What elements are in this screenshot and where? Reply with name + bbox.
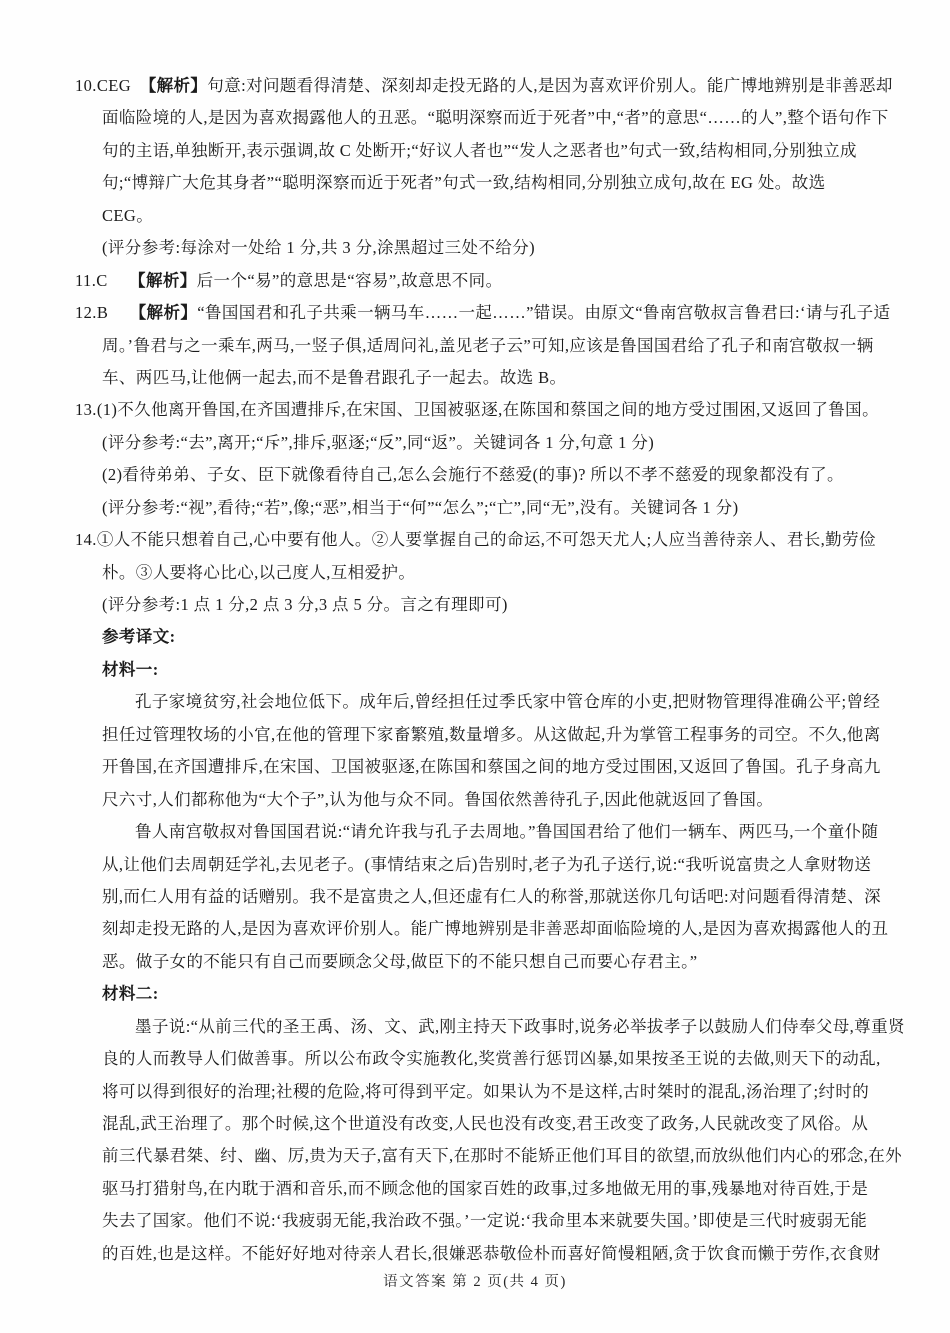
doc-lines: 10.CEG 【解析】句意:对问题看得清楚、深刻却走投无路的人,是因为喜欢评价别… [75,70,883,1270]
page-footer: 语文答案 第 2 页(共 4 页) [0,1270,950,1291]
doc-line: 朴。③人要将心比心,以己度人,互相爱护。 [75,557,883,589]
section-header: 材料二: [75,978,883,1010]
doc-line: 将可以得到很好的治理;社稷的危险,将可得到平定。如果认为不是这样,古时桀时的混乱… [75,1076,883,1108]
doc-line: (评分参考:“视”,看待;“若”,像;“恶”,相当于“何”“怎么”;“亡”,同“… [75,492,883,524]
doc-line: 周。’鲁君与之一乘车,两马,一竖子俱,适周问礼,盖见老子云”可知,应该是鲁国国君… [75,330,883,362]
doc-line: 驱马打猎射鸟,在内耽于酒和音乐,而不顾念他的国家百姓的政事,过多地做无用的事,残… [75,1173,883,1205]
doc-line: 担任过管理牧场的小官,在他的管理下家畜繁殖,数量增多。从这做起,升为掌管工程事务… [75,719,883,751]
section-header: 材料一: [75,654,883,686]
doc-line: 孔子家境贫穷,社会地位低下。成年后,曾经担任过季氏家中管仓库的小吏,把财物管理得… [75,686,883,718]
doc-line: 11.C 【解析】后一个“易”的意思是“容易”,故意思不同。 [75,265,883,297]
doc-line: 别,而仁人用有益的话赠别。我不是富贵之人,但还虚有仁人的称誉,那就送你几句话吧:… [75,881,883,913]
doc-line: 面临险境的人,是因为喜欢揭露他人的丑恶。“聪明深察而近于死者”中,“者”的意思“… [75,102,883,134]
doc-line: 句的主语,单独断开,表示强调,故 C 处断开;“好议人者也”“发人之恶者也”句式… [75,135,883,167]
doc-line: 前三代暴君桀、纣、幽、厉,贵为天子,富有天下,在那时不能矫正他们耳目的欲望,而放… [75,1140,883,1172]
doc-line: 10.CEG 【解析】句意:对问题看得清楚、深刻却走投无路的人,是因为喜欢评价别… [75,70,883,102]
doc-line: 混乱,武王治理了。那个时候,这个世道没有改变,人民也没有改变,君王改变了政务,人… [75,1108,883,1140]
doc-line: (评分参考:1 点 1 分,2 点 3 分,3 点 5 分。言之有理即可) [75,589,883,621]
scanned-answer-page: 10.CEG 【解析】句意:对问题看得清楚、深刻却走投无路的人,是因为喜欢评价别… [0,0,950,1333]
doc-line: 良的人而教导人们做善事。所以公布政令实施教化,奖赏善行惩罚凶暴,如果按圣王说的去… [75,1043,883,1075]
doc-line: 13.(1)不久他离开鲁国,在齐国遭排斥,在宋国、卫国被驱逐,在陈国和蔡国之间的… [75,394,883,426]
doc-line: 尺六寸,人们都称他为“大个子”,认为他与众不同。鲁国依然善待孔子,因此他就返回了… [75,784,883,816]
doc-line: (2)看待弟弟、子女、臣下就像看待自己,怎么会施行不慈爱(的事)? 所以不孝不慈… [75,459,883,491]
doc-line: 的百姓,也是这样。不能好好地对待亲人君长,很嫌恶恭敬俭朴而喜好简慢粗陋,贪于饮食… [75,1238,883,1270]
doc-line: 墨子说:“从前三代的圣王禹、汤、文、武,刚主持天下政事时,说务必举拔孝子以鼓励人… [75,1011,883,1043]
doc-line: 失去了国家。他们不说:‘我疲弱无能,我治政不强。’一定说:‘我命里本来就要失国。… [75,1205,883,1237]
doc-line: 从,让他们去周朝廷学礼,去见老子。(事情结束之后)告别时,老子为孔子送行,说:“… [75,849,883,881]
doc-line: 开鲁国,在齐国遭排斥,在宋国、卫国被驱逐,在陈国和蔡国之间的地方受过围困,又返回… [75,751,883,783]
doc-line: CEG。 [75,200,883,232]
doc-line: 车、两匹马,让他俩一起去,而不是鲁君跟孔子一起去。故选 B。 [75,362,883,394]
doc-line: 恶。做子女的不能只有自己而要顾念父母,做臣下的不能只想自己而要心存君主。” [75,946,883,978]
doc-line: (评分参考:“去”,离开;“斥”,排斥,驱逐;“反”,同“返”。关键词各 1 分… [75,427,883,459]
section-header: 参考译文: [75,621,883,653]
doc-line: 鲁人南宫敬叔对鲁国国君说:“请允许我与孔子去周地。”鲁国国君给了他们一辆车、两匹… [75,816,883,848]
doc-line: 刻却走投无路的人,是因为喜欢评价别人。能广博地辨别是非善恶却面临险境的人,是因为… [75,913,883,945]
doc-line: (评分参考:每涂对一处给 1 分,共 3 分,涂黑超过三处不给分) [75,232,883,264]
doc-line: 12.B 【解析】“鲁国国君和孔子共乘一辆马车……一起……”错误。由原文“鲁南宫… [75,297,883,329]
doc-line: 句;“博辩广大危其身者”“聪明深察而近于死者”句式一致,结构相同,分别独立成句,… [75,167,883,199]
doc-line: 14.①人不能只想着自己,心中要有他人。②人要掌握自己的命运,不可怨天尤人;人应… [75,524,883,556]
